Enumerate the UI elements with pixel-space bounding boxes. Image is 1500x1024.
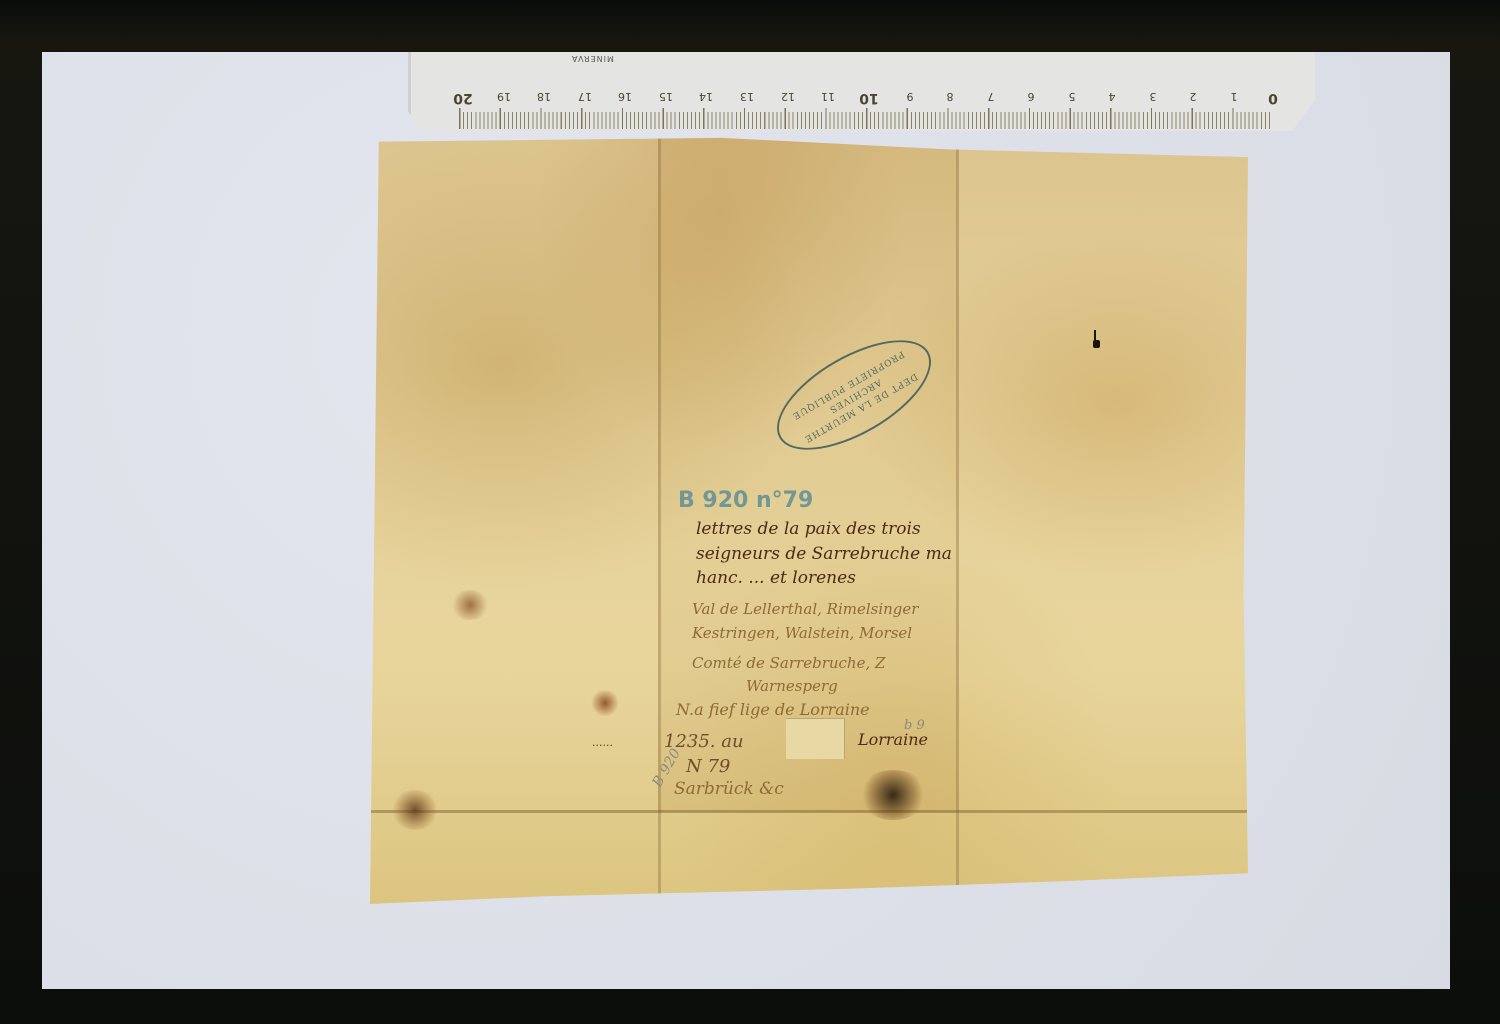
later-note-line: Val de Lellerthal, Rimelsinger [692,600,918,618]
parchment-document: PROPRIETE PUBLIQUE ARCHIVES DEPT DE LA M… [370,134,1248,904]
fold-line-bottom [370,810,1248,813]
ruler-label: 8 [940,90,960,103]
ruler-label: 18 [534,90,554,103]
stain [390,790,440,830]
ruler-label: 6 [1021,90,1041,103]
ruler-label: 0 [1263,90,1283,106]
burn-stain [858,770,928,820]
call-number-blue: B 920 n°79 [678,488,813,513]
later-note-line: Warnesperg [746,677,838,695]
ruler-label: 14 [696,90,716,103]
ruler-label: 3 [1143,90,1163,103]
ruler-label: 7 [981,90,1001,103]
ruler-label: 2 [1183,90,1203,103]
medieval-endorsement-line: seigneurs de Sarrebruche ma [696,544,952,564]
later-note-line: N.a fief lige de Lorraine [676,700,870,719]
stain [590,690,620,716]
ruler-label: 10 [859,90,879,106]
ruler-label: 11 [818,90,838,103]
ruler-label: 20 [453,90,473,106]
ruler-label: 1 [1224,90,1244,103]
ruler-label: 17 [575,90,595,103]
scale-ruler: MINERVA 20 19 18 17 16 15 14 13 12 11 10… [408,52,1315,131]
stain [450,590,490,620]
later-note-line: Comté de Sarrebruche, Z [692,654,885,672]
ruler-label: 9 [900,90,920,103]
dotted-mark: ...... [592,736,613,749]
cutout-notch [786,718,845,759]
ruler-label: 5 [1062,90,1082,103]
ruler-major-ticks [459,108,1273,129]
ruler-label: 19 [494,90,514,103]
ruler-label: 15 [656,90,676,103]
medieval-endorsement-line: lettres de la paix des trois [696,519,921,539]
ink-mark-b [1093,340,1100,348]
later-note-line: Kestringen, Walstein, Morsel [692,624,912,642]
ruler-label: 12 [778,90,798,103]
fold-line-right [956,134,959,904]
place-note: Sarbrück &c [674,779,784,799]
ruler-label: 4 [1102,90,1122,103]
right-small-note: b 9 [904,718,925,733]
medieval-endorsement-line: hanc. ... et lorenes [696,568,856,588]
ruler-brand: MINERVA [571,54,614,63]
ruler-label: 13 [737,90,757,103]
number-note: N 79 [686,756,730,777]
ruler-label: 16 [615,90,635,103]
